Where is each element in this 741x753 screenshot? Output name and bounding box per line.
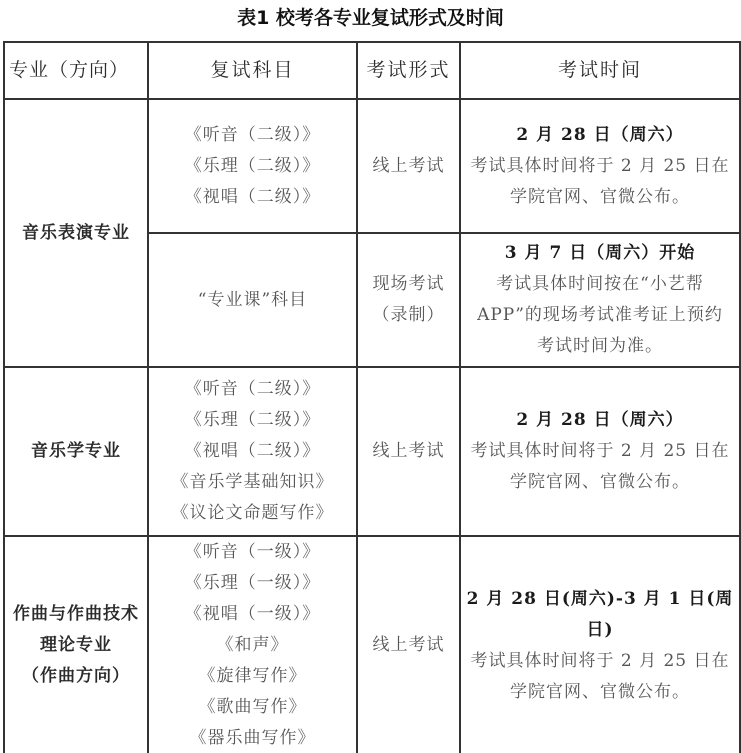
exam-schedule-table: 专业（方向） 复试科目 考试形式 考试时间 音乐表演专业 《听音（二级）》 《乐… bbox=[3, 41, 741, 753]
time-note: APP”的现场考试准考证上预约 bbox=[463, 300, 737, 331]
table-row: 音乐表演专业 《听音（二级）》 《乐理（二级）》 《视唱（二级）》 线上考试 2… bbox=[4, 99, 740, 233]
subjects-cell: 《听音（二级）》 《乐理（二级）》 《视唱（二级）》 bbox=[148, 99, 357, 233]
header-format: 考试形式 bbox=[357, 42, 460, 99]
format-cell: 线上考试 bbox=[357, 536, 460, 753]
time-note: 考试具体时间将于 2 月 25 日在 bbox=[463, 151, 737, 182]
subject-item: 《视唱（二级）》 bbox=[149, 436, 356, 467]
subjects-cell: 《听音（一级）》 《乐理（一级）》 《视唱（一级）》 《和声》 《旋律写作》 《… bbox=[148, 536, 357, 753]
time-note: 考试具体时间按在“小艺帮 bbox=[463, 269, 737, 300]
exam-date: 2 月 28 日（周六） bbox=[463, 405, 737, 436]
time-note: 考试具体时间将于 2 月 25 日在 bbox=[463, 646, 737, 677]
subject-item: 《乐理（一级）》 bbox=[149, 568, 356, 599]
format-text: 现场考试 bbox=[358, 269, 459, 300]
time-note: 学院官网、官微公布。 bbox=[463, 467, 737, 498]
subjects-cell: 《听音（二级）》 《乐理（二级）》 《视唱（二级）》 《音乐学基础知识》 《议论… bbox=[148, 367, 357, 536]
time-cell: 3 月 7 日（周六）开始 考试具体时间按在“小艺帮 APP”的现场考试准考证上… bbox=[460, 233, 740, 367]
format-text: （录制） bbox=[358, 300, 459, 331]
subject-item: 《听音（一级）》 bbox=[149, 537, 356, 568]
header-time: 考试时间 bbox=[460, 42, 740, 99]
time-note: 学院官网、官微公布。 bbox=[463, 677, 737, 708]
time-cell: 2 月 28 日（周六） 考试具体时间将于 2 月 25 日在 学院官网、官微公… bbox=[460, 99, 740, 233]
subject-item: 《乐理（二级）》 bbox=[149, 405, 356, 436]
exam-date: 日) bbox=[463, 615, 737, 646]
subject-item: 《视唱（二级）》 bbox=[149, 182, 356, 213]
exam-date: 3 月 7 日（周六）开始 bbox=[463, 238, 737, 269]
table-row: 音乐学专业 《听音（二级）》 《乐理（二级）》 《视唱（二级）》 《音乐学基础知… bbox=[4, 367, 740, 536]
major-line: 作曲与作曲技术 bbox=[5, 599, 147, 630]
subject-item: 《视唱（一级）》 bbox=[149, 599, 356, 630]
header-major: 专业（方向） bbox=[4, 42, 148, 99]
subject-item: 《议论文命题写作》 bbox=[149, 498, 356, 529]
table-header-row: 专业（方向） 复试科目 考试形式 考试时间 bbox=[4, 42, 740, 99]
time-note: 学院官网、官微公布。 bbox=[463, 182, 737, 213]
table-row: 作曲与作曲技术 理论专业 （作曲方向） 《听音（一级）》 《乐理（一级）》 《视… bbox=[4, 536, 740, 753]
major-line: 理论专业 bbox=[5, 630, 147, 661]
major-cell: 作曲与作曲技术 理论专业 （作曲方向） bbox=[4, 536, 148, 753]
subject-item: 《听音（二级）》 bbox=[149, 120, 356, 151]
time-note: 考试具体时间将于 2 月 25 日在 bbox=[463, 436, 737, 467]
subject-item: 《器乐曲写作》 bbox=[149, 723, 356, 753]
format-cell: 线上考试 bbox=[357, 99, 460, 233]
time-note: 考试时间为准。 bbox=[463, 331, 737, 362]
time-cell: 2 月 28 日(周六)-3 月 1 日(周 日) 考试具体时间将于 2 月 2… bbox=[460, 536, 740, 753]
header-subject: 复试科目 bbox=[148, 42, 357, 99]
major-cell: 音乐学专业 bbox=[4, 367, 148, 536]
subject-item: 《旋律写作》 bbox=[149, 661, 356, 692]
exam-date: 2 月 28 日(周六)-3 月 1 日(周 bbox=[463, 584, 737, 615]
format-text: 线上考试 bbox=[358, 151, 459, 182]
subject-item: 《听音（二级）》 bbox=[149, 374, 356, 405]
subject-item: “专业课”科目 bbox=[149, 285, 356, 316]
subjects-cell: “专业课”科目 bbox=[148, 233, 357, 367]
exam-date: 2 月 28 日（周六） bbox=[463, 120, 737, 151]
major-cell: 音乐表演专业 bbox=[4, 99, 148, 367]
format-cell: 线上考试 bbox=[357, 367, 460, 536]
format-text: 线上考试 bbox=[358, 630, 459, 661]
subject-item: 《歌曲写作》 bbox=[149, 692, 356, 723]
subject-item: 《乐理（二级）》 bbox=[149, 151, 356, 182]
format-text: 线上考试 bbox=[358, 436, 459, 467]
time-cell: 2 月 28 日（周六） 考试具体时间将于 2 月 25 日在 学院官网、官微公… bbox=[460, 367, 740, 536]
table-title: 表1 校考各专业复试形式及时间 bbox=[0, 5, 741, 31]
format-cell: 现场考试 （录制） bbox=[357, 233, 460, 367]
major-line: （作曲方向） bbox=[5, 661, 147, 692]
subject-item: 《和声》 bbox=[149, 630, 356, 661]
subject-item: 《音乐学基础知识》 bbox=[149, 467, 356, 498]
